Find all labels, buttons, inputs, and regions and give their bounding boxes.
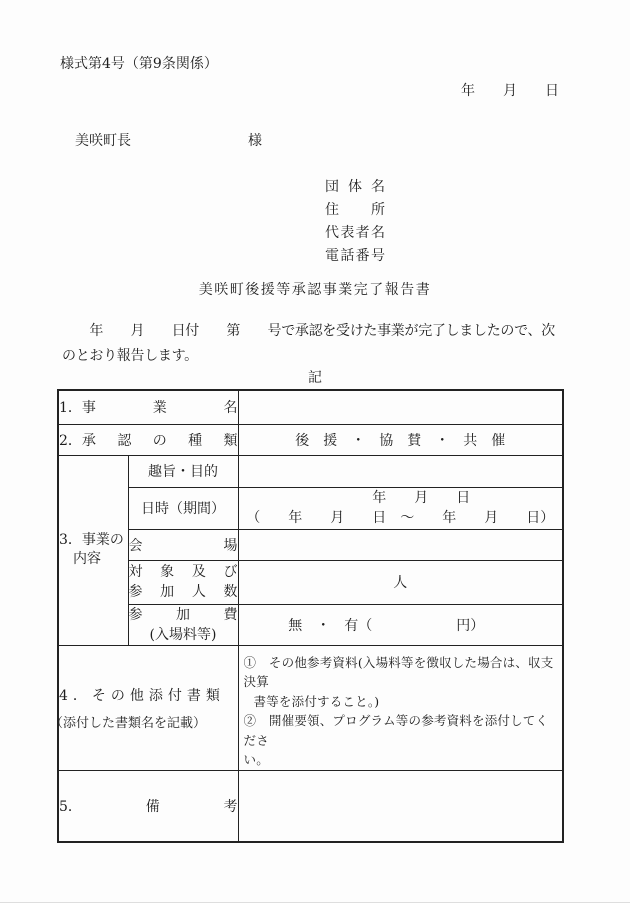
recipient-name: 美咲町長 [75,133,131,149]
body-line-2: のとおり報告します。 [62,344,570,369]
body-paragraph: 年 月 日付 第 号で承認を受けた事業が完了しましたので、次 のとおり報告します… [62,319,570,369]
participants-label: 対象及び 参加人数 [128,560,238,604]
report-table: 1．事業名 2．承認の種類 後 援 ・ 協 賛 ・ 共 催 3．事業の 内容 趣… [57,389,564,843]
datetime-value[interactable]: 年 月 日 （ 年 月 日 ～ 年 月 日） [238,487,563,529]
attachment-note-1: ① その他参考資料(入場料等を徴収した場合は、収支決算 [244,653,559,692]
attachments-notes: ① その他参考資料(入場料等を徴収した場合は、収支決算 書等を添付すること。) … [239,646,563,770]
participants-row: 対象及び 参加人数 人 [58,560,563,604]
attachments-label: 4．その他添付書類 （添付した書類名を記載） [58,645,238,770]
fee-label-line1: 参加費 [129,605,238,625]
purpose-row: 3．事業の 内容 趣旨・目的 [58,455,563,487]
attachment-note-2-cont: い。 [244,750,559,770]
remarks-label-text: 5．備考 [59,796,238,816]
approval-type-label: 2．承認の種類 [58,424,238,455]
participants-label-line1: 対象及び [129,562,238,582]
approval-type-row: 2．承認の種類 後 援 ・ 協 賛 ・ 共 催 [58,424,563,455]
applicant-field-phone: 電話番号 [325,245,385,268]
fee-choices: 無 ・ 有（ 円） [238,615,548,635]
attachments-label-line2: （添付した書類名を記載） [58,712,238,731]
business-name-label-text: 1．事業名 [59,397,238,417]
venue-row: 会場 [58,529,563,560]
datetime-value-line1: 年 月 日 [260,488,564,508]
datetime-label: 日時（期間） [128,487,238,529]
applicant-field-address: 住所 [325,199,385,222]
purpose-label: 趣旨・目的 [128,455,238,487]
fee-label-line2: (入場料等) [129,625,238,645]
business-name-value[interactable] [238,390,563,424]
remarks-row: 5．備考 [58,770,563,842]
datetime-value-line2: （ 年 月 日 ～ 年 月 日） [239,508,563,528]
attachments-label-line1: 4．その他添付書類 [59,685,238,705]
purpose-value[interactable] [238,455,563,487]
attachment-note-2: ② 開催要領、プログラム等の参考資料を添付してくださ [244,711,559,750]
approval-type-label-text: 2．承認の種類 [59,430,238,450]
business-name-row: 1．事業名 [58,390,563,424]
participants-label-line2: 参加人数 [129,582,238,602]
venue-label: 会場 [128,529,238,560]
applicant-info-block: 団体名 住所 代表者名 電話番号 [325,176,630,268]
remarks-label: 5．備考 [58,770,238,842]
document-sheet: 様式第4号（第9条関係） 年 月 日 美咲町長様 団体名 住所 代表者名 電話番… [0,0,630,903]
remarks-value[interactable] [238,770,563,842]
ki-marker: 記 [0,371,630,385]
project-content-group-label: 3．事業の 内容 [58,455,128,645]
attachments-row: 4．その他添付書類 （添付した書類名を記載） ① その他参考資料(入場料等を徴収… [58,645,563,770]
recipient-honorific: 様 [248,133,262,149]
venue-value[interactable] [238,529,563,560]
attachment-note-1-cont: 書等を添付すること。) [244,692,559,712]
fee-row: 参加費 (入場料等) 無 ・ 有（ 円） [58,604,563,645]
recipient-line: 美咲町長様 [75,133,630,150]
fee-label: 参加費 (入場料等) [128,604,238,645]
approval-type-choices[interactable]: 後 援 ・ 協 賛 ・ 共 催 [238,424,563,455]
fee-value[interactable]: 無 ・ 有（ 円） [238,604,563,645]
attachments-value[interactable]: ① その他参考資料(入場料等を徴収した場合は、収支決算 書等を添付すること。) … [238,645,563,770]
venue-label-text: 会場 [129,535,238,555]
applicant-field-organization: 団体名 [325,176,385,199]
applicant-field-representative: 代表者名 [325,222,385,245]
document-title: 美咲町後援等承認事業完了報告書 [0,281,630,299]
business-name-label: 1．事業名 [58,390,238,424]
issue-date-line: 年 月 日 [0,83,630,100]
datetime-row: 日時（期間） 年 月 日 （ 年 月 日 ～ 年 月 日） [58,487,563,529]
form-number: 様式第4号（第9条関係） [60,56,630,73]
participants-value[interactable]: 人 [238,560,563,604]
body-line-1: 年 月 日付 第 号で承認を受けた事業が完了しましたので、次 [62,319,570,344]
